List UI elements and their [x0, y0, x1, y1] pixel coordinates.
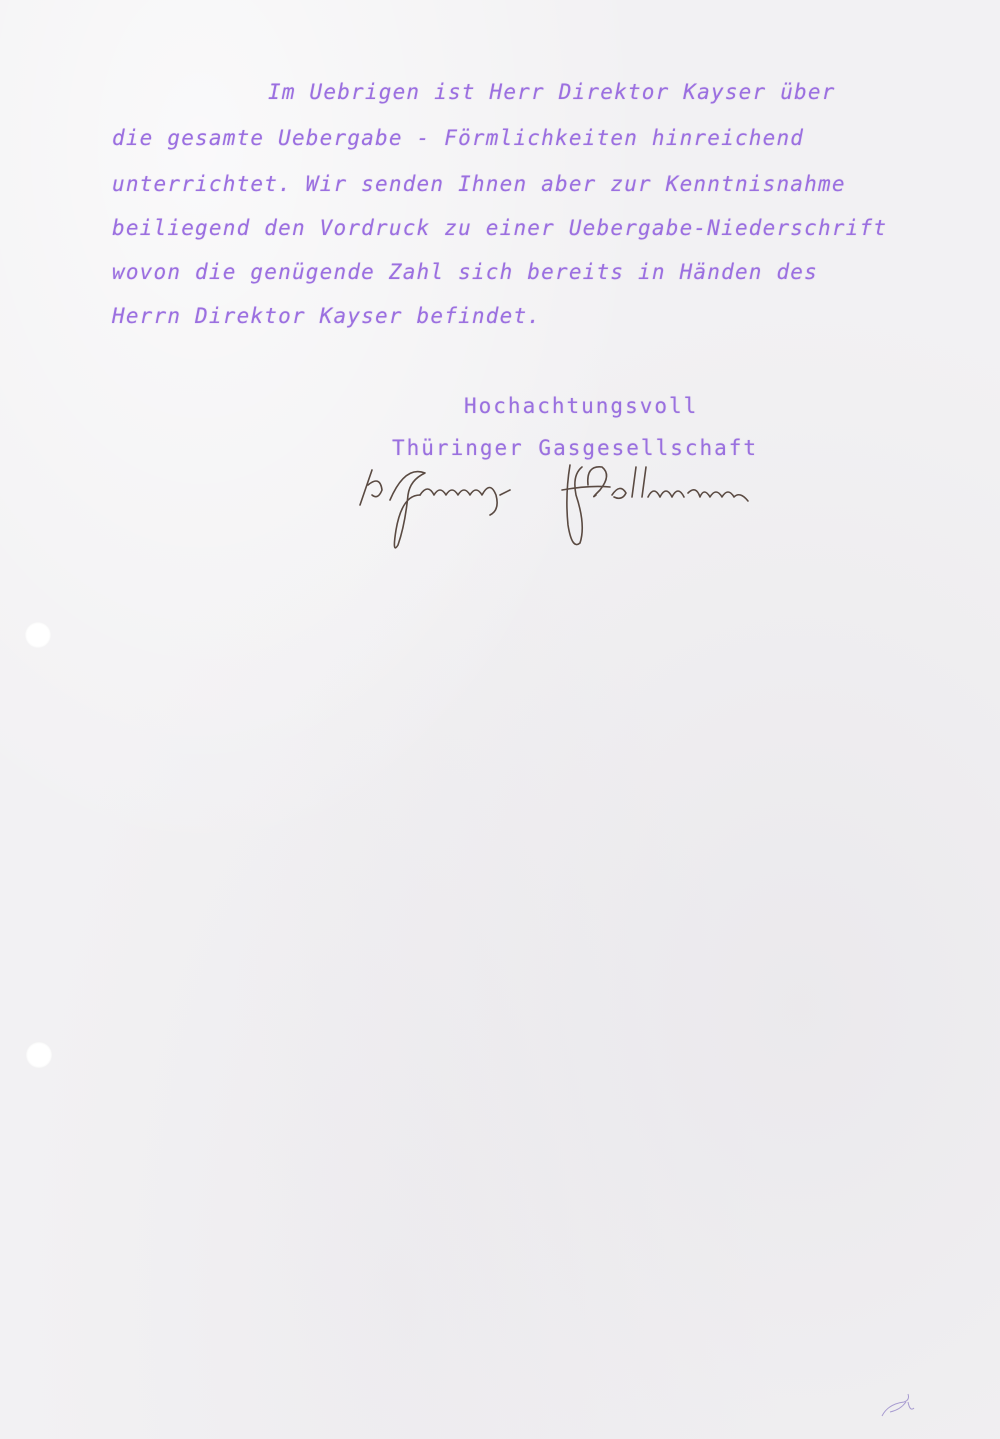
punch-hole — [26, 1042, 52, 1068]
paragraph-line-4: beiliegend den Vordruck zu einer Ueberga… — [112, 216, 887, 240]
punch-hole — [25, 622, 51, 648]
handwritten-signature-icon — [350, 455, 800, 555]
paragraph-line-3: unterrichtet. Wir senden Ihnen aber zur … — [112, 172, 846, 196]
paragraph-line-5: wovon die genügende Zahl sich bereits in… — [112, 260, 818, 284]
paragraph-line-2: die gesamte Uebergabe - Förmlichkeiten h… — [112, 126, 804, 150]
closing-salutation: Hochachtungsvoll — [464, 394, 698, 418]
paragraph-line-1: Im Uebrigen ist Herr Direktor Kayser übe… — [268, 80, 836, 104]
pencil-initials-icon — [880, 1390, 930, 1420]
paragraph-line-6: Herrn Direktor Kayser befindet. — [112, 304, 541, 328]
letter-page: Im Uebrigen ist Herr Direktor Kayser übe… — [0, 0, 1000, 1439]
